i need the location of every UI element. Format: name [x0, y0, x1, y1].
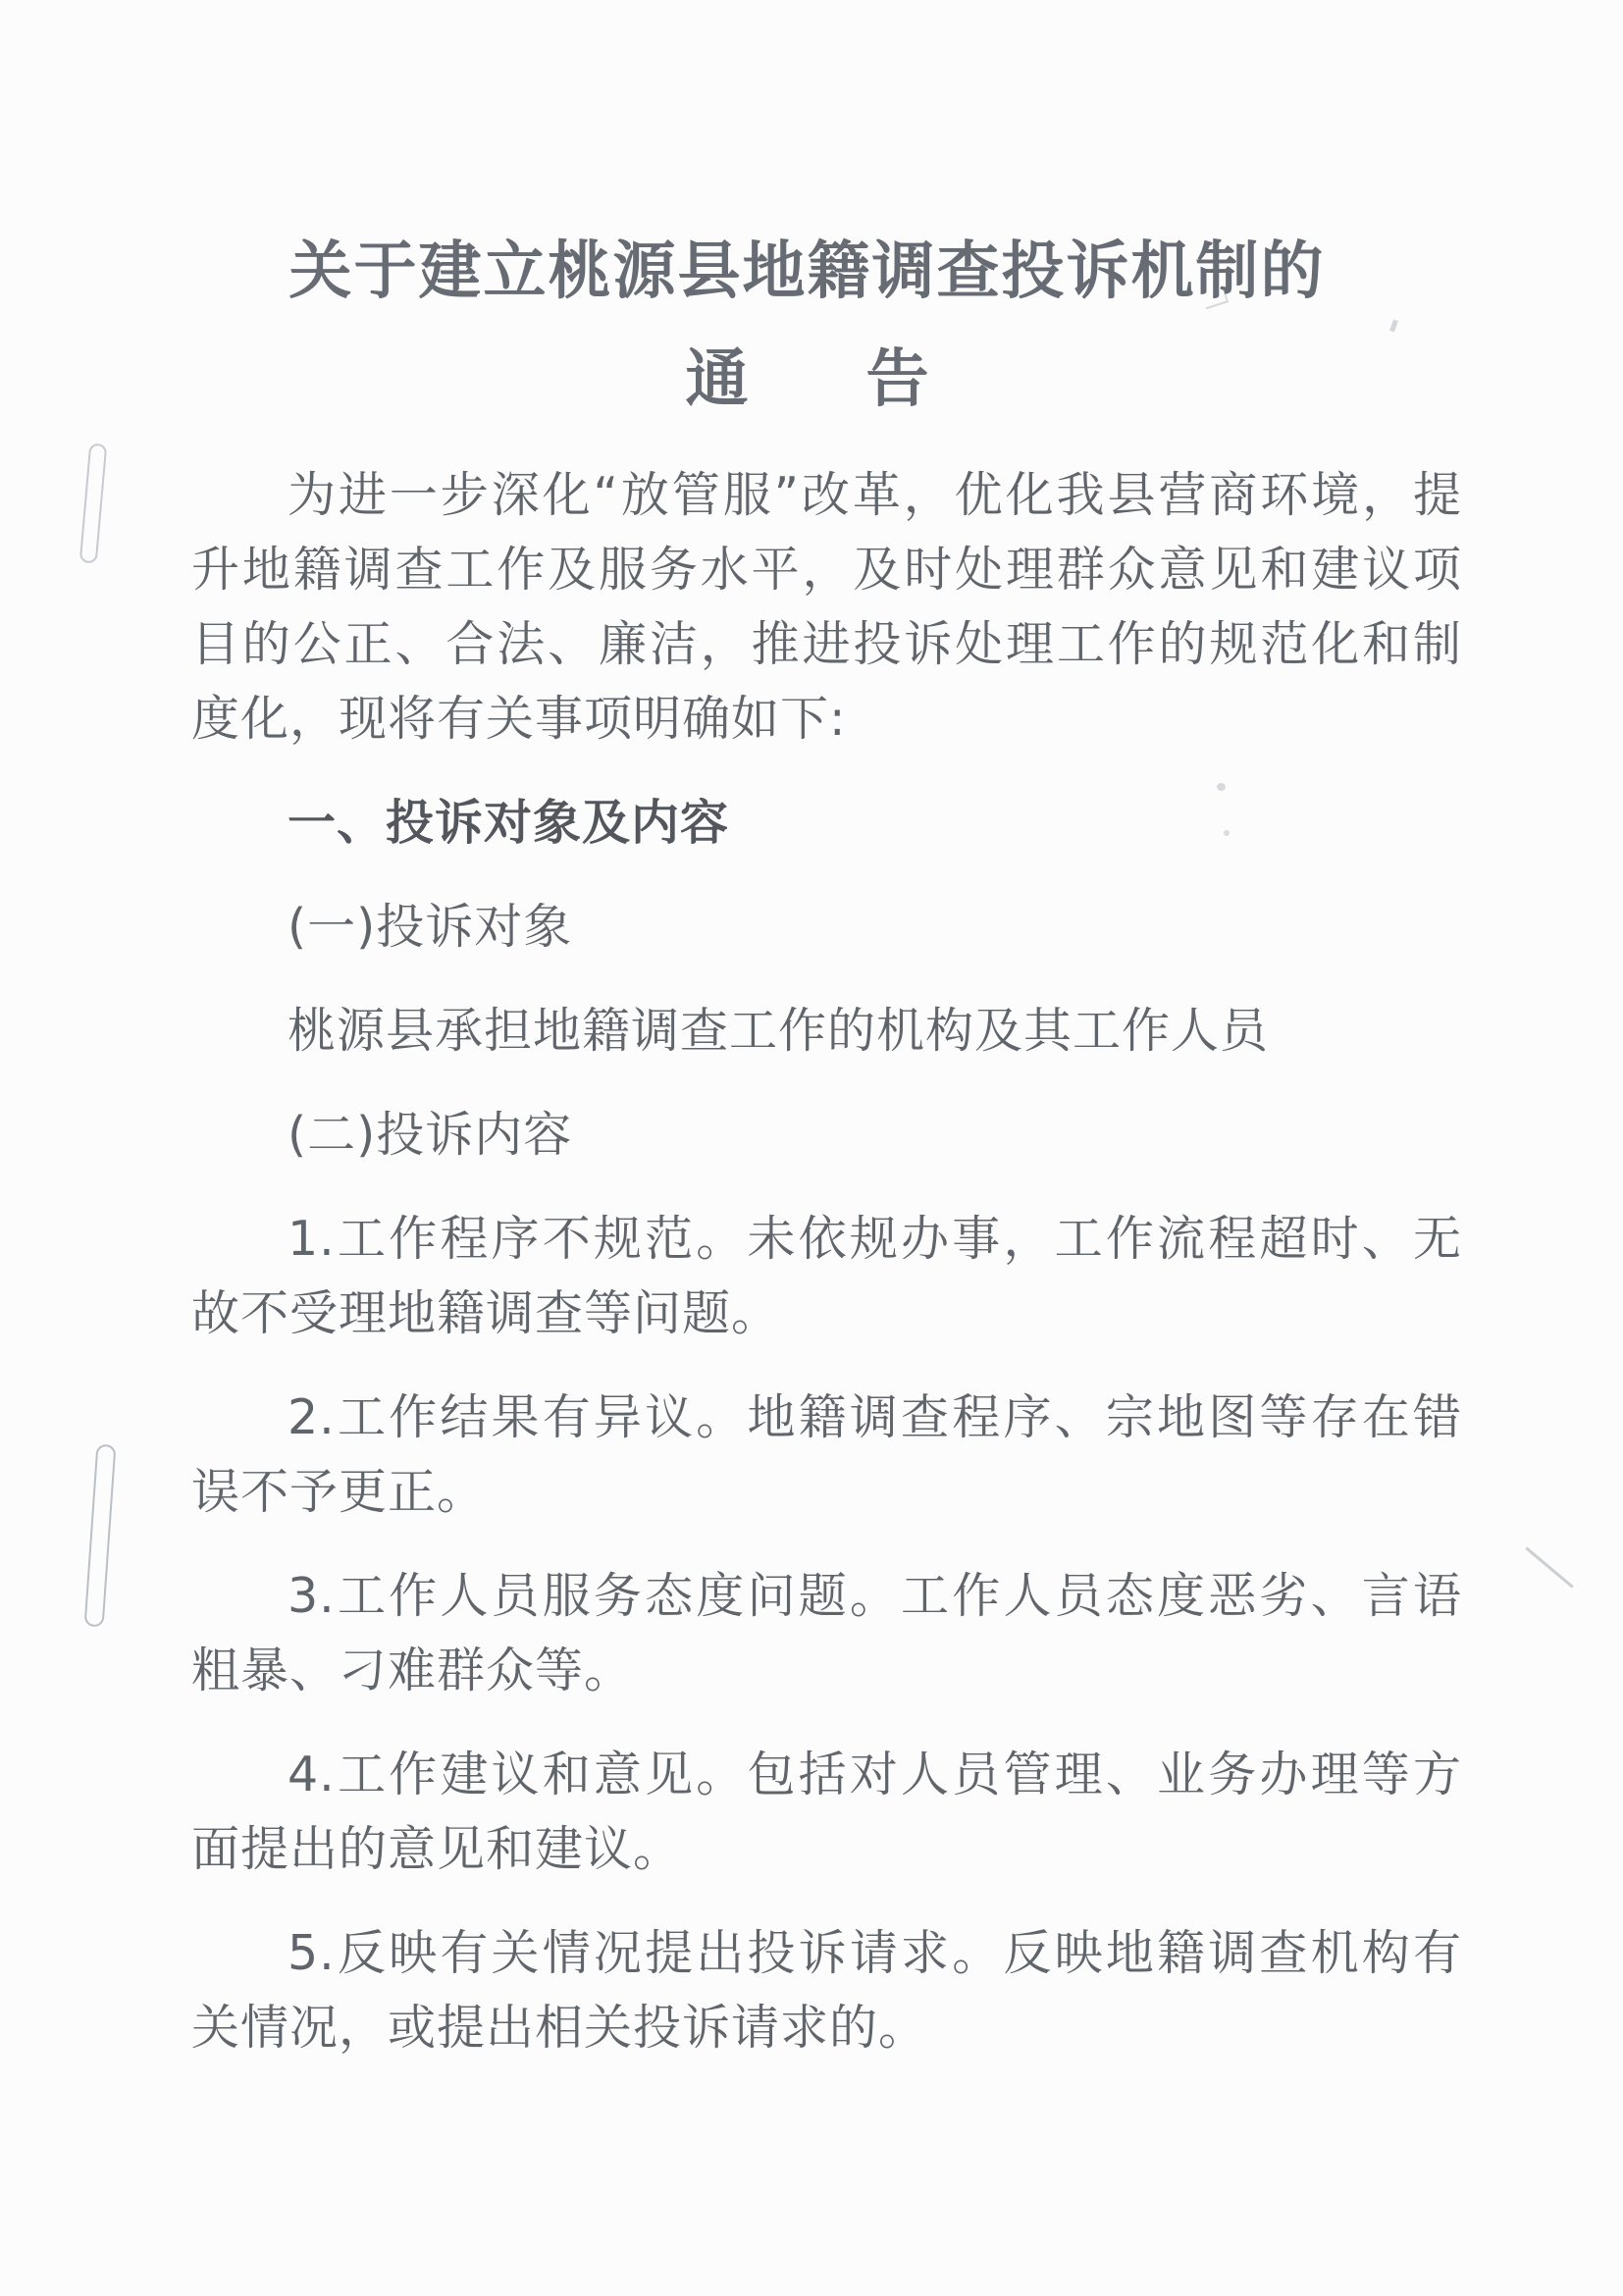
document-body: 为进一步深化“放管服”改革，优化我县营商环境，提升地籍调查工作及服务水平，及时处…	[191, 458, 1462, 2065]
complaint-item-3: 3.工作人员服务态度问题。工作人员态度恶劣、言语粗暴、刁难群众等。	[191, 1559, 1462, 1708]
document-title-line2: 通告	[152, 339, 1462, 421]
intro-paragraph: 为进一步深化“放管服”改革，优化我县营商环境，提升地籍调查工作及服务水平，及时处…	[191, 458, 1462, 757]
subsection-2-heading: (二)投诉内容	[191, 1098, 1462, 1173]
subsection-1-heading: (一)投诉对象	[191, 890, 1462, 965]
complaint-item-4: 4.工作建议和意见。包括对人员管理、业务办理等方面提出的意见和建议。	[191, 1738, 1462, 1887]
complaint-item-5: 5.反映有关情况提出投诉请求。反映地籍调查机构有关情况，或提出相关投诉请求的。	[191, 1916, 1462, 2065]
section-1-heading: 一、投诉对象及内容	[191, 786, 1462, 861]
staple-mark-artifact	[84, 1444, 117, 1628]
title-char-gao: 告	[866, 342, 929, 416]
scratch-artifact	[1525, 1546, 1573, 1588]
scanned-document-page: 关于建立桃源县地籍调查投诉机制的 通告 为进一步深化“放管服”改革，优化我县营商…	[0, 0, 1623, 2296]
complaint-item-1: 1.工作程序不规范。未依规办事，工作流程超时、无故不受理地籍调查等问题。	[191, 1202, 1462, 1351]
complaint-item-2: 2.工作结果有异议。地籍调查程序、宗地图等存在错误不予更正。	[191, 1381, 1462, 1530]
document-content: 关于建立桃源县地籍调查投诉机制的 通告 为进一步深化“放管服”改革，优化我县营商…	[191, 0, 1462, 2095]
staple-mark-artifact	[79, 443, 108, 563]
title-char-tong: 通	[686, 342, 749, 416]
subsection-1-text: 桃源县承担地籍调查工作的机构及其工作人员	[191, 994, 1462, 1069]
document-title-line1: 关于建立桃源县地籍调查投诉机制的	[152, 231, 1462, 313]
